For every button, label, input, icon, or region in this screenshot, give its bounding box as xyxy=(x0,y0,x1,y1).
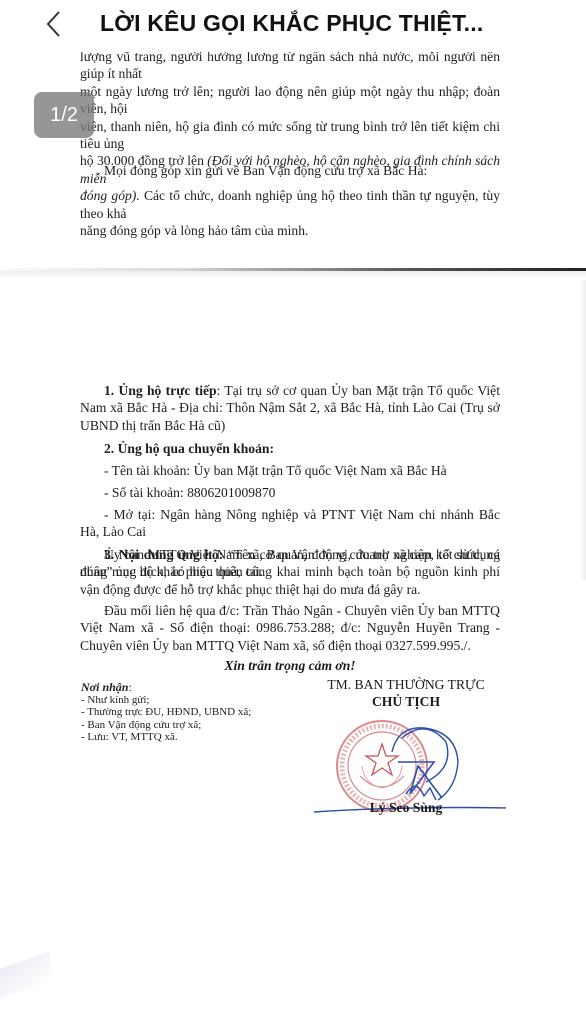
text-line: năng đóng góp và lòng hảo tâm của mình. xyxy=(80,222,500,239)
account-name: - Tên tài khoản: Ủy ban Mặt trận Tổ quốc… xyxy=(80,462,500,479)
text-line: đóng góp). Các tổ chức, doanh nghiệp ủng… xyxy=(80,187,500,222)
document-page-1: lượng vũ trang, người hưởng lương từ ngâ… xyxy=(0,52,586,252)
recipient-item: - Lưu: VT, MTTQ xã. xyxy=(81,731,281,744)
app-bar: LỜI KÊU GỌI KHẮC PHỤC THIỆT... xyxy=(0,0,586,52)
back-button[interactable] xyxy=(36,8,72,44)
item-direct-support: 1. Ủng hộ trực tiếp: Tại trụ sở cơ quan … xyxy=(80,382,500,434)
page-edge-shadow xyxy=(580,280,586,580)
page-gap xyxy=(0,271,586,279)
recipients-list: Nơi nhận: - Như kính gửi; - Thường trực … xyxy=(81,681,281,744)
contact-paragraph: Đầu mối liên hệ qua đ/c: Trần Thảo Ngân … xyxy=(80,602,500,654)
signer-title: TM. BAN THƯỜNG TRỰC xyxy=(296,676,516,693)
text-line: lượng vũ trang, người hưởng lương từ ngâ… xyxy=(80,48,500,83)
recipient-item: - Ban Vận động cứu trợ xã; xyxy=(81,719,281,732)
bank-branch: - Mở tại: Ngân hàng Nông nghiệp và PTNT … xyxy=(80,506,500,541)
recipients-heading: Nơi nhận: xyxy=(81,681,281,694)
recipient-item: - Thường trực ĐU, HĐND, UBND xã; xyxy=(81,706,281,719)
signature-block: TM. BAN THƯỜNG TRỰC CHỦ TỊCH xyxy=(296,676,516,710)
text-line: một ngày lương trở lên; người lao động n… xyxy=(80,83,500,118)
page-indicator: 1/2 xyxy=(34,92,94,138)
send-to-line: Mọi đóng góp xin gửi về Ban Vận động cứu… xyxy=(104,162,504,179)
chevron-left-icon xyxy=(44,9,64,44)
commitment-paragraph: Ủy ban MTTQ Việt Nam xã, Ban Vận động cứ… xyxy=(80,546,500,598)
item-bank-transfer-heading: 2. Ủng hộ qua chuyển khoản: xyxy=(80,440,500,457)
document-title: LỜI KÊU GỌI KHẮC PHỤC THIỆT... xyxy=(100,10,483,37)
thanks-line: Xin trân trọng cảm ơn! xyxy=(80,658,500,674)
account-number: - Số tài khoản: 8806201009870 xyxy=(80,484,500,501)
signer-name: Lý Seo Sùng xyxy=(296,800,516,816)
recipient-item: - Như kính gửi; xyxy=(81,694,281,707)
page1-paragraph: lượng vũ trang, người hưởng lương từ ngâ… xyxy=(80,52,500,239)
text-line: viên, thanh niên, hộ gia đình có mức sốn… xyxy=(80,118,500,153)
